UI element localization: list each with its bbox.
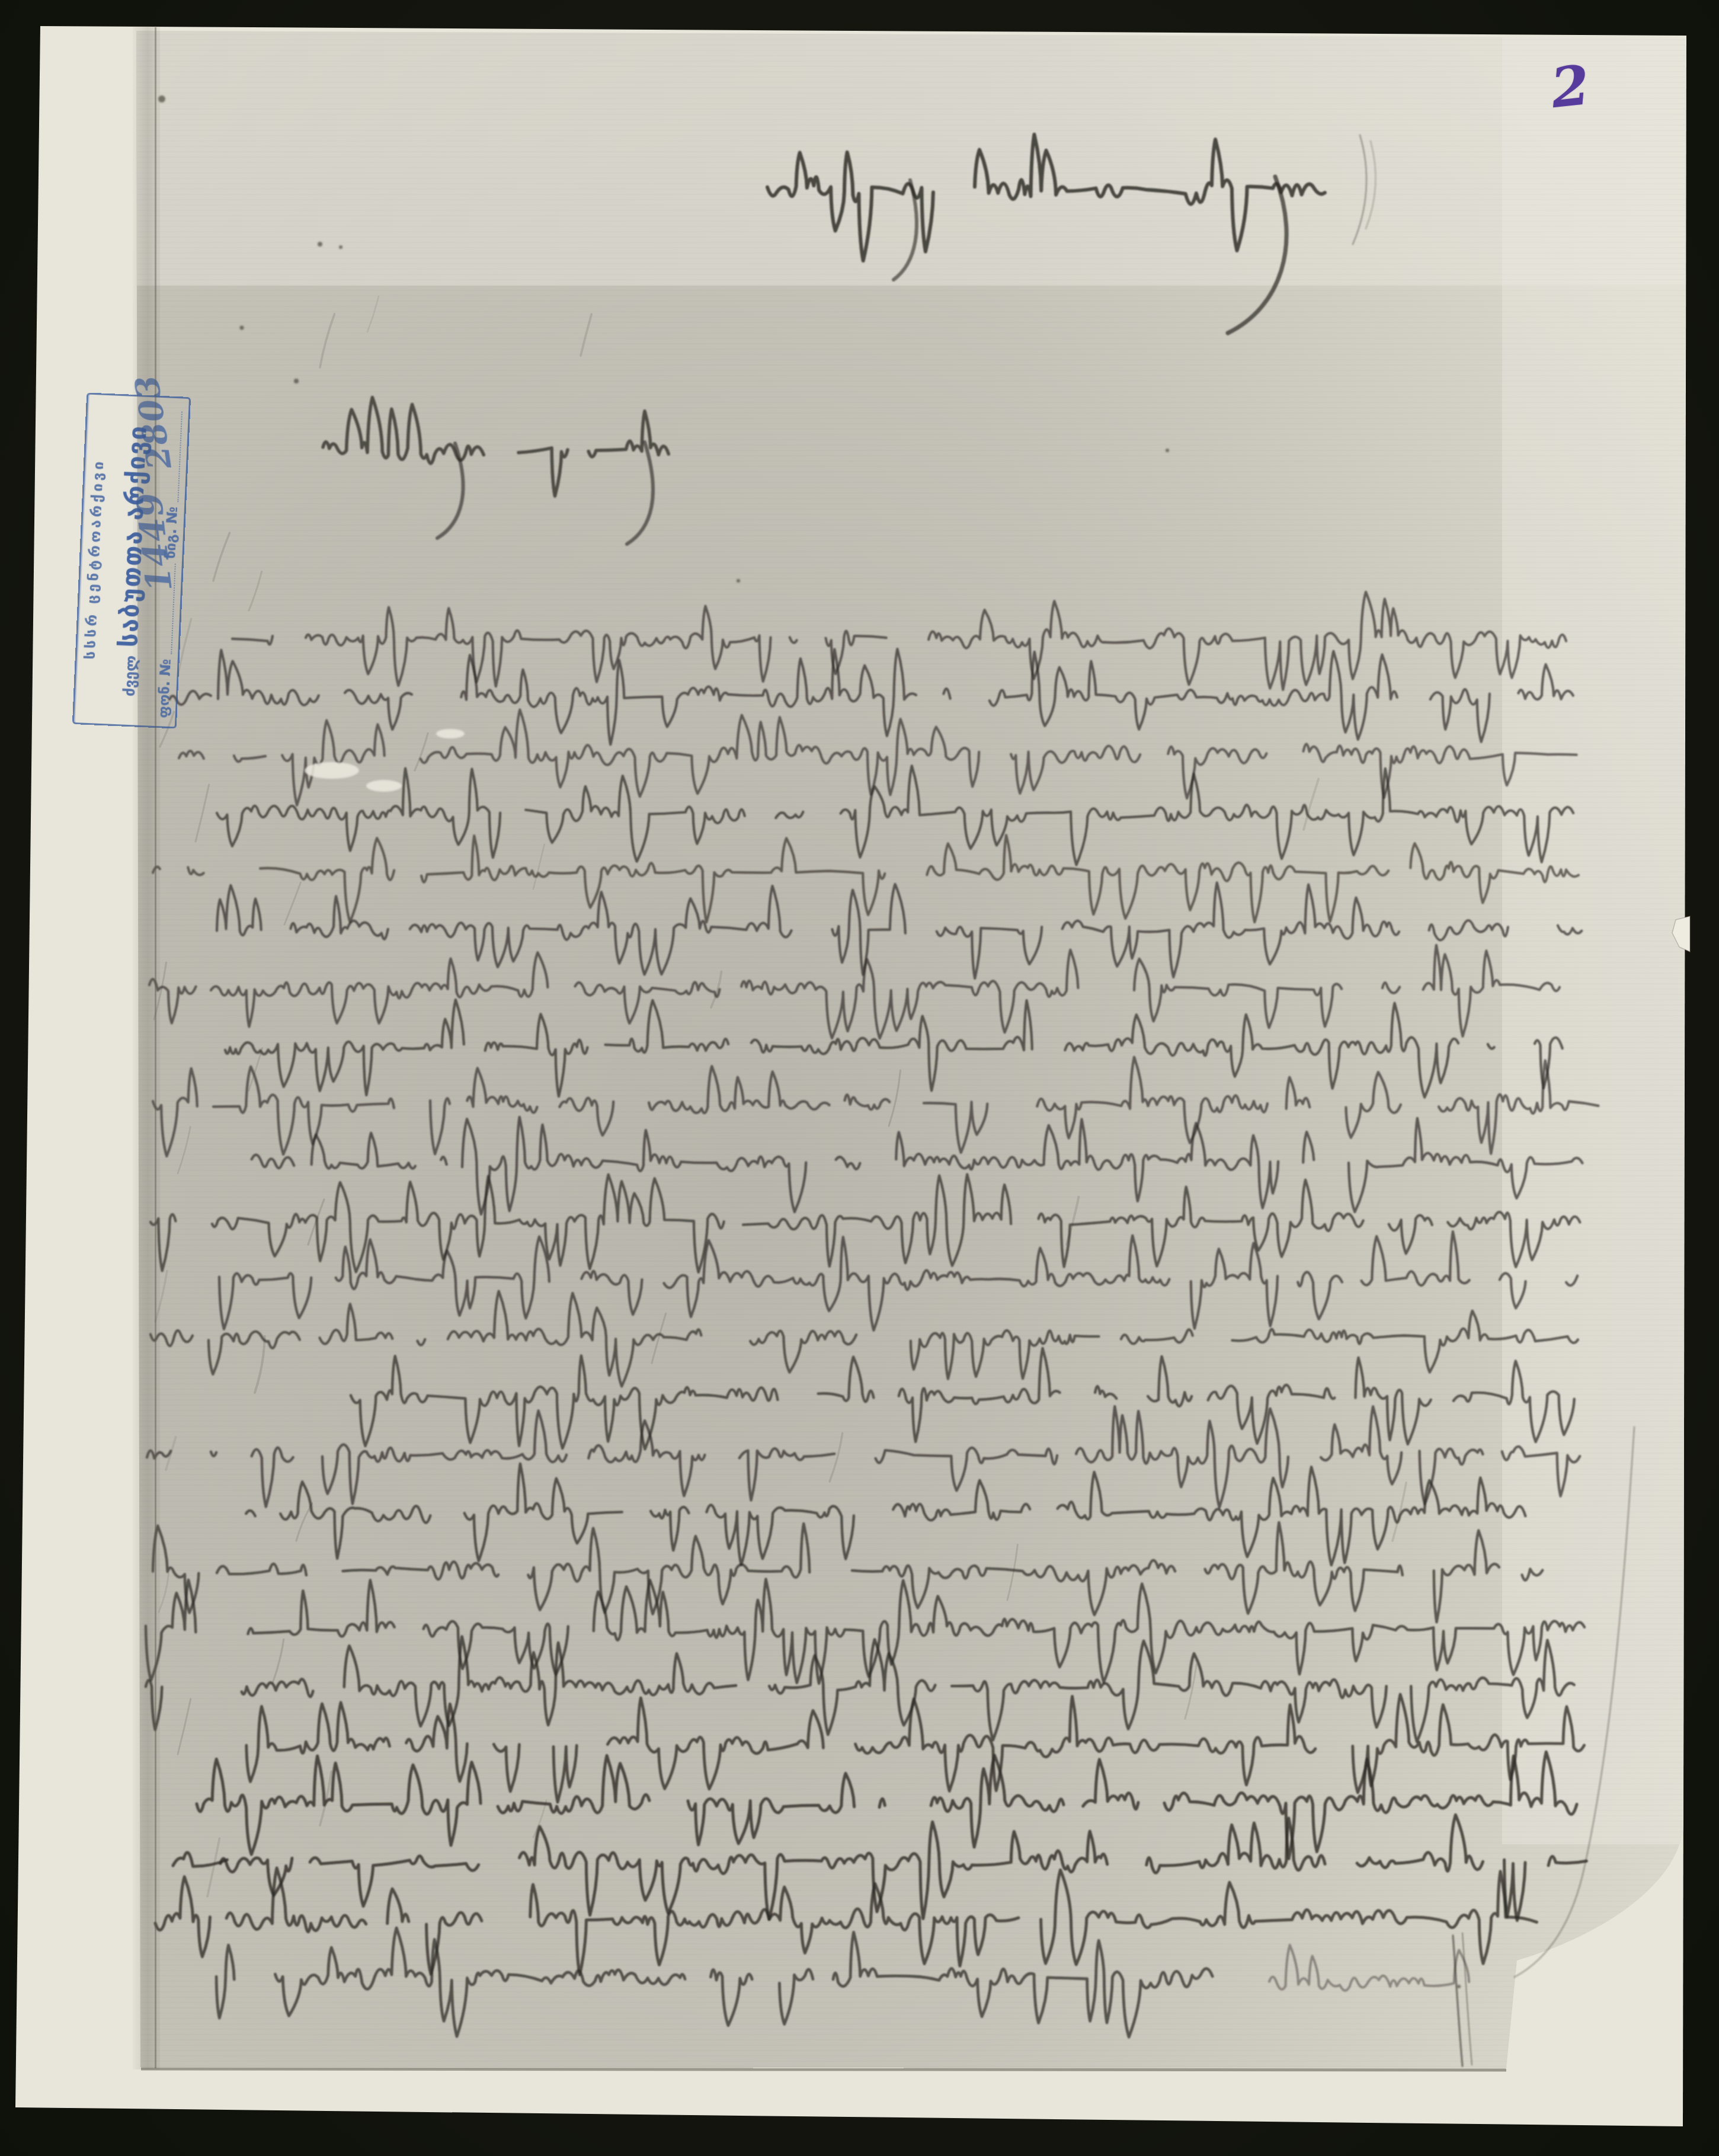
- stamp-institution-line: სსსრ ცენტროარქივი: [79, 403, 110, 715]
- page-bottom-shadow: [141, 2069, 1506, 2070]
- page-number: 2: [1548, 53, 1593, 120]
- document-scan-layer: [0, 0, 1719, 2156]
- stamp-fond-label: ფონ. №: [155, 658, 174, 718]
- page-toning: [136, 26, 1689, 2071]
- archive-stamp: სსსრ ცენტროარქივი ძველ საბუთთა არქივი ფო…: [72, 392, 191, 728]
- scan-canvas: სსსრ ცენტროარქივი ძველ საბუთთა არქივი ფო…: [0, 0, 1719, 2156]
- stamp-word-old: ძველ: [121, 655, 140, 696]
